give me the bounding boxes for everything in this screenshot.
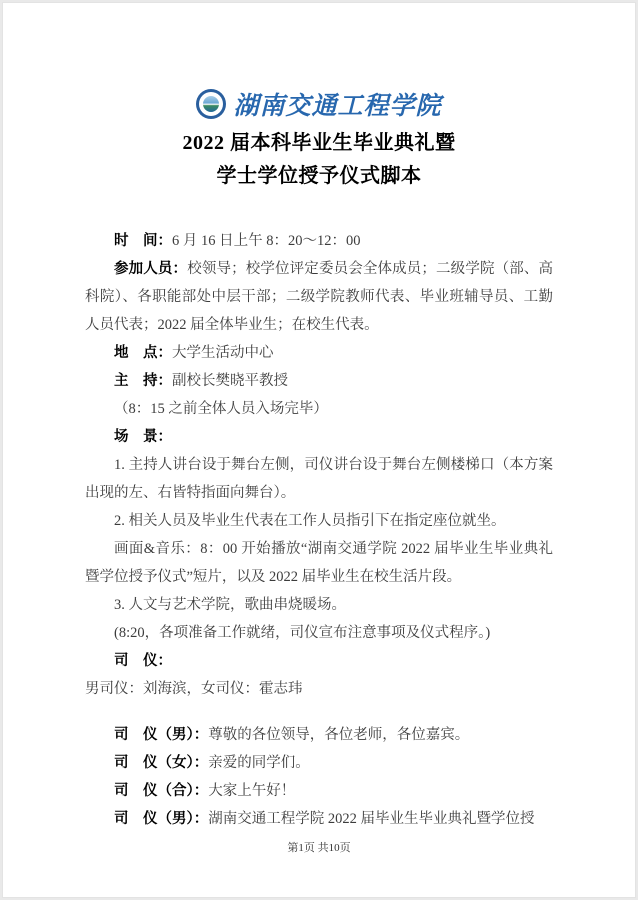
paragraph-label: 地 点： xyxy=(114,345,172,361)
paragraph-text: 1. 主持人讲台设于舞台左侧，司仪讲台设于舞台左侧楼梯口（本方案出现的左、右皆特… xyxy=(85,457,553,501)
paragraph-label: 司 仪（男）： xyxy=(114,811,208,827)
paragraph-text: (8:20，各项准备工作就绪，司仪宣布注意事项及仪式程序。) xyxy=(114,625,490,641)
doc-header: 湖南交通工程学院 2022 届本科毕业生毕业典礼暨 学士学位授予仪式脚本 xyxy=(85,87,553,193)
paragraph-emcee-male-2: 司 仪（男）：湖南交通工程学院 2022 届毕业生毕业典礼暨学位授 xyxy=(85,805,553,833)
doc-title-line2: 学士学位授予仪式脚本 xyxy=(85,160,553,193)
paragraph-emcee-female: 司 仪（女）：亲爱的同学们。 xyxy=(85,749,553,777)
paragraph-host: 主 持：副校长樊晓平教授 xyxy=(85,367,553,395)
paragraph-text: 2. 相关人员及毕业生代表在工作人员指引下在指定座位就坐。 xyxy=(114,513,506,529)
paragraph-text: 大家上午好！ xyxy=(208,783,295,799)
paragraph-emcee-male-1: 司 仪（男）：尊敬的各位领导，各位老师，各位嘉宾。 xyxy=(85,721,553,749)
school-emblem-icon xyxy=(196,89,226,119)
doc-body: 时 间：6 月 16 日上午 8：20～12：00 参加人员：校领导；校学位评定… xyxy=(85,227,553,833)
blank-line xyxy=(85,703,553,721)
paragraph-emcee-both: 司 仪（合）：大家上午好！ xyxy=(85,777,553,805)
paragraph-label: 司 仪（合）： xyxy=(114,783,208,799)
paragraph-820-note: (8:20，各项准备工作就绪，司仪宣布注意事项及仪式程序。) xyxy=(85,619,553,647)
paragraph-scene-1: 1. 主持人讲台设于舞台左侧，司仪讲台设于舞台左侧楼梯口（本方案出现的左、右皆特… xyxy=(85,451,553,507)
paragraph-text: 大学生活动中心 xyxy=(172,345,274,361)
paragraph-location: 地 点：大学生活动中心 xyxy=(85,339,553,367)
paragraph-participants: 参加人员：校领导；校学位评定委员会全体成员；二级学院（部、高科院）、各职能部处中… xyxy=(85,255,553,339)
paragraph-media-music: 画面&音乐：8：00 开始播放“湖南交通学院 2022 届毕业生毕业典礼暨学位授… xyxy=(85,535,553,591)
school-name: 湖南交通工程学院 xyxy=(233,86,441,122)
paragraph-time: 时 间：6 月 16 日上午 8：20～12：00 xyxy=(85,227,553,255)
paragraph-text: （8：15 之前全体人员入场完毕） xyxy=(114,401,328,417)
paragraph-label: 场 景： xyxy=(114,429,172,445)
paragraph-scene-2: 2. 相关人员及毕业生代表在工作人员指引下在指定座位就坐。 xyxy=(85,507,553,535)
paragraph-text: 尊敬的各位领导，各位老师，各位嘉宾。 xyxy=(208,727,469,743)
paragraph-emcee-names: 男司仪：刘海滨，女司仪：霍志玮 xyxy=(85,675,553,703)
document-page: 湖南交通工程学院 2022 届本科毕业生毕业典礼暨 学士学位授予仪式脚本 时 间… xyxy=(2,2,636,898)
paragraph-text: 6 月 16 日上午 8：20～12：00 xyxy=(172,233,361,249)
paragraph-scene-3: 3. 人文与艺术学院，歌曲串烧暖场。 xyxy=(85,591,553,619)
paragraph-label: 时 间： xyxy=(114,233,172,249)
paragraph-label: 司 仪（女）： xyxy=(114,755,208,771)
paragraph-label: 司 仪： xyxy=(114,653,172,669)
paragraph-note: （8：15 之前全体人员入场完毕） xyxy=(85,395,553,423)
paragraph-label: 参加人员： xyxy=(114,261,187,277)
school-logo: 湖南交通工程学院 xyxy=(85,87,553,121)
paragraph-text: 3. 人文与艺术学院，歌曲串烧暖场。 xyxy=(114,597,346,613)
page-number: 第1页 共10页 xyxy=(3,839,635,855)
paragraph-label: 主 持： xyxy=(114,373,172,389)
paragraph-label: 司 仪（男）： xyxy=(114,727,208,743)
paragraph-emcee-heading: 司 仪： xyxy=(85,647,553,675)
paragraph-text: 副校长樊晓平教授 xyxy=(172,373,288,389)
paragraph-text: 男司仪：刘海滨，女司仪：霍志玮 xyxy=(85,681,303,697)
paragraph-scene-heading: 场 景： xyxy=(85,423,553,451)
paragraph-text: 画面&音乐：8：00 开始播放“湖南交通学院 2022 届毕业生毕业典礼暨学位授… xyxy=(85,541,553,585)
paragraph-text: 亲爱的同学们。 xyxy=(208,755,310,771)
doc-title-line1: 2022 届本科毕业生毕业典礼暨 xyxy=(85,127,553,160)
paragraph-text: 湖南交通工程学院 2022 届毕业生毕业典礼暨学位授 xyxy=(208,811,534,827)
